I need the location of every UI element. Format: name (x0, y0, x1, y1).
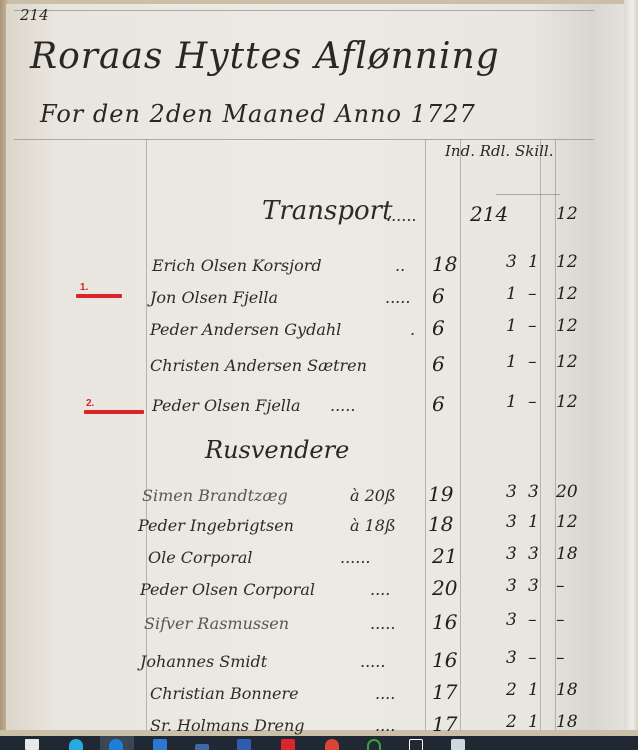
annotation-label-2: 2. (86, 398, 94, 409)
taskbar-edge-button[interactable] (358, 736, 392, 750)
taskbar-chrome-button[interactable] (316, 736, 350, 750)
ledger-row: Erich Olsen Korsjord .. 18 3 1 12 (0, 252, 638, 282)
annotation-label-1: 1. (80, 282, 88, 293)
ledger-row: Jon Olsen Fjella ..... 6 1 – 12 (0, 284, 638, 314)
header-underline (496, 194, 560, 195)
taskbar-browser-button[interactable] (100, 736, 134, 750)
page-number: 214 (20, 6, 49, 24)
skype-icon (69, 739, 83, 750)
ledger-row: Peder Ingebrigtsen à 18ß 18 3 1 12 (0, 512, 638, 542)
taskbar-tool-button[interactable] (400, 736, 434, 750)
ledger-row: Peder Olsen Corporal .... 20 3 3 – (0, 576, 638, 606)
browser-icon (109, 739, 123, 750)
taskbar-store-button[interactable] (16, 736, 50, 750)
column-header: Ind. Rdl. Skill. (445, 142, 553, 160)
ledger-row: Christian Bonnere .... 17 2 1 18 (0, 680, 638, 710)
taskbar (0, 736, 638, 750)
annotation-marker-2 (84, 410, 144, 414)
ledger-row: Sifver Rasmussen ..... 16 3 – – (0, 610, 638, 640)
annotation-marker-1 (76, 294, 122, 298)
taskbar-photos-button[interactable] (442, 736, 476, 750)
word-icon (237, 739, 251, 750)
photos-icon (451, 739, 465, 750)
transport-label: Transport (262, 196, 393, 226)
header-rule (14, 139, 594, 140)
taskbar-skype-button[interactable] (60, 736, 94, 750)
edge-icon (367, 739, 381, 750)
transport-amount: 214 (470, 202, 508, 226)
top-rule (14, 10, 594, 11)
ledger-row: Peder Olsen Fjella ..... 6 1 – 12 (0, 392, 638, 422)
ledger-row: Peder Andersen Gydahl . 6 1 – 12 (0, 316, 638, 346)
pdf-icon (281, 739, 295, 750)
taskbar-word-button[interactable] (228, 736, 262, 750)
ledger-row: Simen Brandtzæg à 20ß 19 3 3 20 (0, 482, 638, 512)
ledger-row: Christen Andersen Sætren 6 1 – 12 (0, 352, 638, 382)
transport-row: Transport ...... 214 12 (0, 200, 638, 230)
app-icon (195, 744, 209, 750)
tool-icon (409, 739, 423, 750)
ledger-row: Johannes Smidt ..... 16 3 – – (0, 648, 638, 678)
taskbar-app-button[interactable] (186, 736, 220, 750)
page-title: Roraas Hyttes Aflønning (30, 36, 500, 77)
taskbar-outlook-button[interactable] (144, 736, 178, 750)
section-heading: Rusvendere (205, 436, 349, 464)
chrome-icon (325, 739, 339, 750)
store-icon (25, 739, 39, 750)
taskbar-pdf-button[interactable] (272, 736, 306, 750)
ledger-row: Ole Corporal ...... 21 3 3 18 (0, 544, 638, 574)
outlook-icon (153, 739, 167, 750)
page-subtitle: For den 2den Maaned Anno 1727 (40, 100, 476, 128)
